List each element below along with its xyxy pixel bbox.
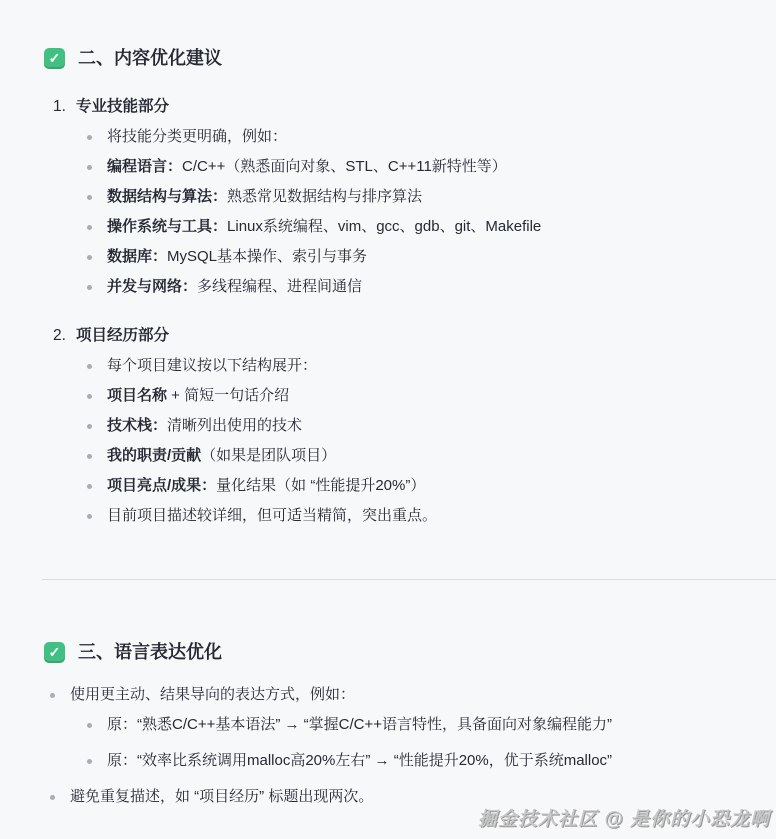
- item-text: Linux系统编程、vim、gcc、gdb、git、Makefile: [227, 218, 541, 235]
- expression-list: 使用更主动、结果导向的表达方式，例如：: [0, 684, 776, 706]
- item-text: 熟悉常见数据结构与排序算法: [227, 188, 422, 205]
- bullet-icon: [87, 424, 92, 429]
- list-item: 项目亮点/成果：量化结果（如 “性能提升20%”）: [0, 475, 776, 497]
- list-item: 操作系统与工具：Linux系统编程、vim、gcc、gdb、git、Makefi…: [0, 216, 776, 238]
- list-item: 并发与网络：多线程编程、进程间通信: [0, 276, 776, 298]
- list-number: 2.: [53, 326, 66, 346]
- projects-list: 每个项目建议按以下结构展开： 项目名称 + 简短一句话介绍 技术栈：清晰列出使用…: [0, 355, 776, 527]
- list-item: 数据库：MySQL基本操作、索引与事务: [0, 246, 776, 268]
- item-text: 原：“效率比系统调用malloc高20%左右” → “性能提升20%，优于系统m…: [107, 750, 612, 772]
- watermark: 掘金技术社区 @ 是你的小恐龙啊: [478, 804, 770, 831]
- item-text: 清晰列出使用的技术: [167, 417, 302, 434]
- item-bold: 并发与网络：: [107, 278, 197, 295]
- item-text: 原：“熟悉C/C++基本语法” → “掌握C/C++语言特性，具备面向对象编程能…: [107, 714, 612, 736]
- item-text: C/C++（熟悉面向对象、STL、C++11新特性等）: [182, 158, 507, 175]
- item-text: 多线程编程、进程间通信: [197, 278, 362, 295]
- check-icon: ✓: [44, 642, 65, 663]
- skills-list: 将技能分类更明确，例如： 编程语言：C/C++（熟悉面向对象、STL、C++11…: [0, 126, 776, 298]
- list-item: 数据结构与算法：熟悉常见数据结构与排序算法: [0, 186, 776, 208]
- list-item: 原：“效率比系统调用malloc高20%左右” → “性能提升20%，优于系统m…: [0, 750, 776, 772]
- item-text: MySQL基本操作、索引与事务: [167, 248, 367, 265]
- bullet-icon: [50, 693, 55, 698]
- item-text: （如果是团队项目）: [201, 447, 336, 464]
- item-bold: 技术栈：: [107, 417, 167, 434]
- item-bold: 项目名称: [107, 387, 167, 404]
- item-text: 量化结果（如 “性能提升20%”）: [216, 477, 425, 494]
- bullet-icon: [87, 484, 92, 489]
- list-item: 目前项目描述较详细，但可适当精简，突出重点。: [0, 505, 776, 527]
- list-item: 每个项目建议按以下结构展开：: [0, 355, 776, 377]
- document: ✓ 二、内容优化建议 1.专业技能部分 将技能分类更明确，例如： 编程语言：C/…: [0, 46, 776, 808]
- section-3-heading: ✓ 三、语言表达优化: [44, 640, 776, 664]
- list-number: 1.: [53, 97, 66, 117]
- list-item: 项目名称 + 简短一句话介绍: [0, 385, 776, 407]
- section-2-heading: ✓ 二、内容优化建议: [44, 46, 776, 70]
- bullet-icon: [87, 364, 92, 369]
- list-item: 使用更主动、结果导向的表达方式，例如：: [0, 684, 776, 706]
- numbered-item-projects: 2.项目经历部分: [53, 326, 776, 346]
- bullet-icon: [87, 394, 92, 399]
- section-2-title: 二、内容优化建议: [78, 46, 222, 70]
- item-text: + 简短一句话介绍: [167, 387, 289, 404]
- item-text: 目前项目描述较详细，但可适当精简，突出重点。: [107, 507, 437, 524]
- bullet-icon: [87, 454, 92, 459]
- group-title: 项目经历部分: [76, 327, 169, 344]
- item-bold: 编程语言：: [107, 158, 182, 175]
- bullet-icon: [87, 255, 92, 260]
- expression-sub-list: 原：“熟悉C/C++基本语法” → “掌握C/C++语言特性，具备面向对象编程能…: [0, 714, 776, 772]
- numbered-item-skills: 1.专业技能部分: [53, 97, 776, 117]
- item-text: 将技能分类更明确，例如：: [107, 128, 287, 145]
- check-icon: ✓: [44, 48, 65, 69]
- bullet-icon: [87, 285, 92, 290]
- bullet-icon: [87, 165, 92, 170]
- item-text: 使用更主动、结果导向的表达方式，例如：: [70, 684, 355, 706]
- bullet-icon: [87, 225, 92, 230]
- item-bold: 项目亮点/成果：: [107, 477, 216, 494]
- list-item: 我的职责/贡献（如果是团队项目）: [0, 445, 776, 467]
- item-bold: 数据结构与算法：: [107, 188, 227, 205]
- bullet-icon: [87, 514, 92, 519]
- list-item: 原：“熟悉C/C++基本语法” → “掌握C/C++语言特性，具备面向对象编程能…: [0, 714, 776, 736]
- section-3-title: 三、语言表达优化: [78, 640, 222, 664]
- group-title: 专业技能部分: [76, 98, 169, 115]
- bullet-icon: [87, 135, 92, 140]
- list-item: 将技能分类更明确，例如：: [0, 126, 776, 148]
- item-text: 避免重复描述，如 “项目经历” 标题出现两次。: [70, 786, 373, 808]
- list-item: 编程语言：C/C++（熟悉面向对象、STL、C++11新特性等）: [0, 156, 776, 178]
- bullet-icon: [50, 795, 55, 800]
- bullet-icon: [87, 759, 92, 764]
- list-item: 技术栈：清晰列出使用的技术: [0, 415, 776, 437]
- item-bold: 操作系统与工具：: [107, 218, 227, 235]
- section-divider: [42, 579, 776, 580]
- item-text: 每个项目建议按以下结构展开：: [107, 357, 317, 374]
- item-bold: 数据库：: [107, 248, 167, 265]
- bullet-icon: [87, 723, 92, 728]
- item-bold: 我的职责/贡献: [107, 447, 201, 464]
- bullet-icon: [87, 195, 92, 200]
